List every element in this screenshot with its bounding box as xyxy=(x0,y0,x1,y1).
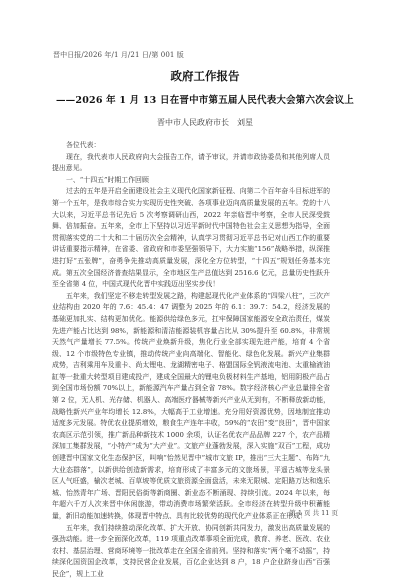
body-paragraph: 过去的五年是开启全面建设社会主义现代化国家新征程、向第二个百年奋斗目标进军的第一… xyxy=(52,186,330,290)
body-paragraph: 五年来，我们坚定不移走转型发展之路，构建起现代化产业体系的“四梁八柱”，三次产业… xyxy=(52,291,330,523)
document-subtitle: ——2026 年 1 月 13 日在晋中市第五届人民代表大会第六次会议上 xyxy=(0,92,410,106)
section-heading: 一、“十四五”时期工作回顾 xyxy=(52,175,330,187)
page-indicator: 第 1 页 共 11 页 xyxy=(0,508,338,517)
body-paragraph: 五年来，我们持续推动深化改革、扩大开放、协同创新共同发力，激发出高质量发展的强劲… xyxy=(52,523,330,580)
body-paragraph: 现在，我代表市人民政府向大会报告工作，请予审议，并请市政协委员和其他列席人员提出… xyxy=(52,152,330,175)
document-author: 晋中市人民政府市长 刘星 xyxy=(0,117,410,128)
document-page: 晋中日报/2026 年/1 月/21 日/第 001 版 政府工作报告 ——20… xyxy=(0,0,410,580)
newspaper-source-line: 晋中日报/2026 年/1 月/21 日/第 001 版 xyxy=(53,50,184,60)
document-title: 政府工作报告 xyxy=(0,68,410,84)
salutation: 各位代表： xyxy=(52,140,330,152)
